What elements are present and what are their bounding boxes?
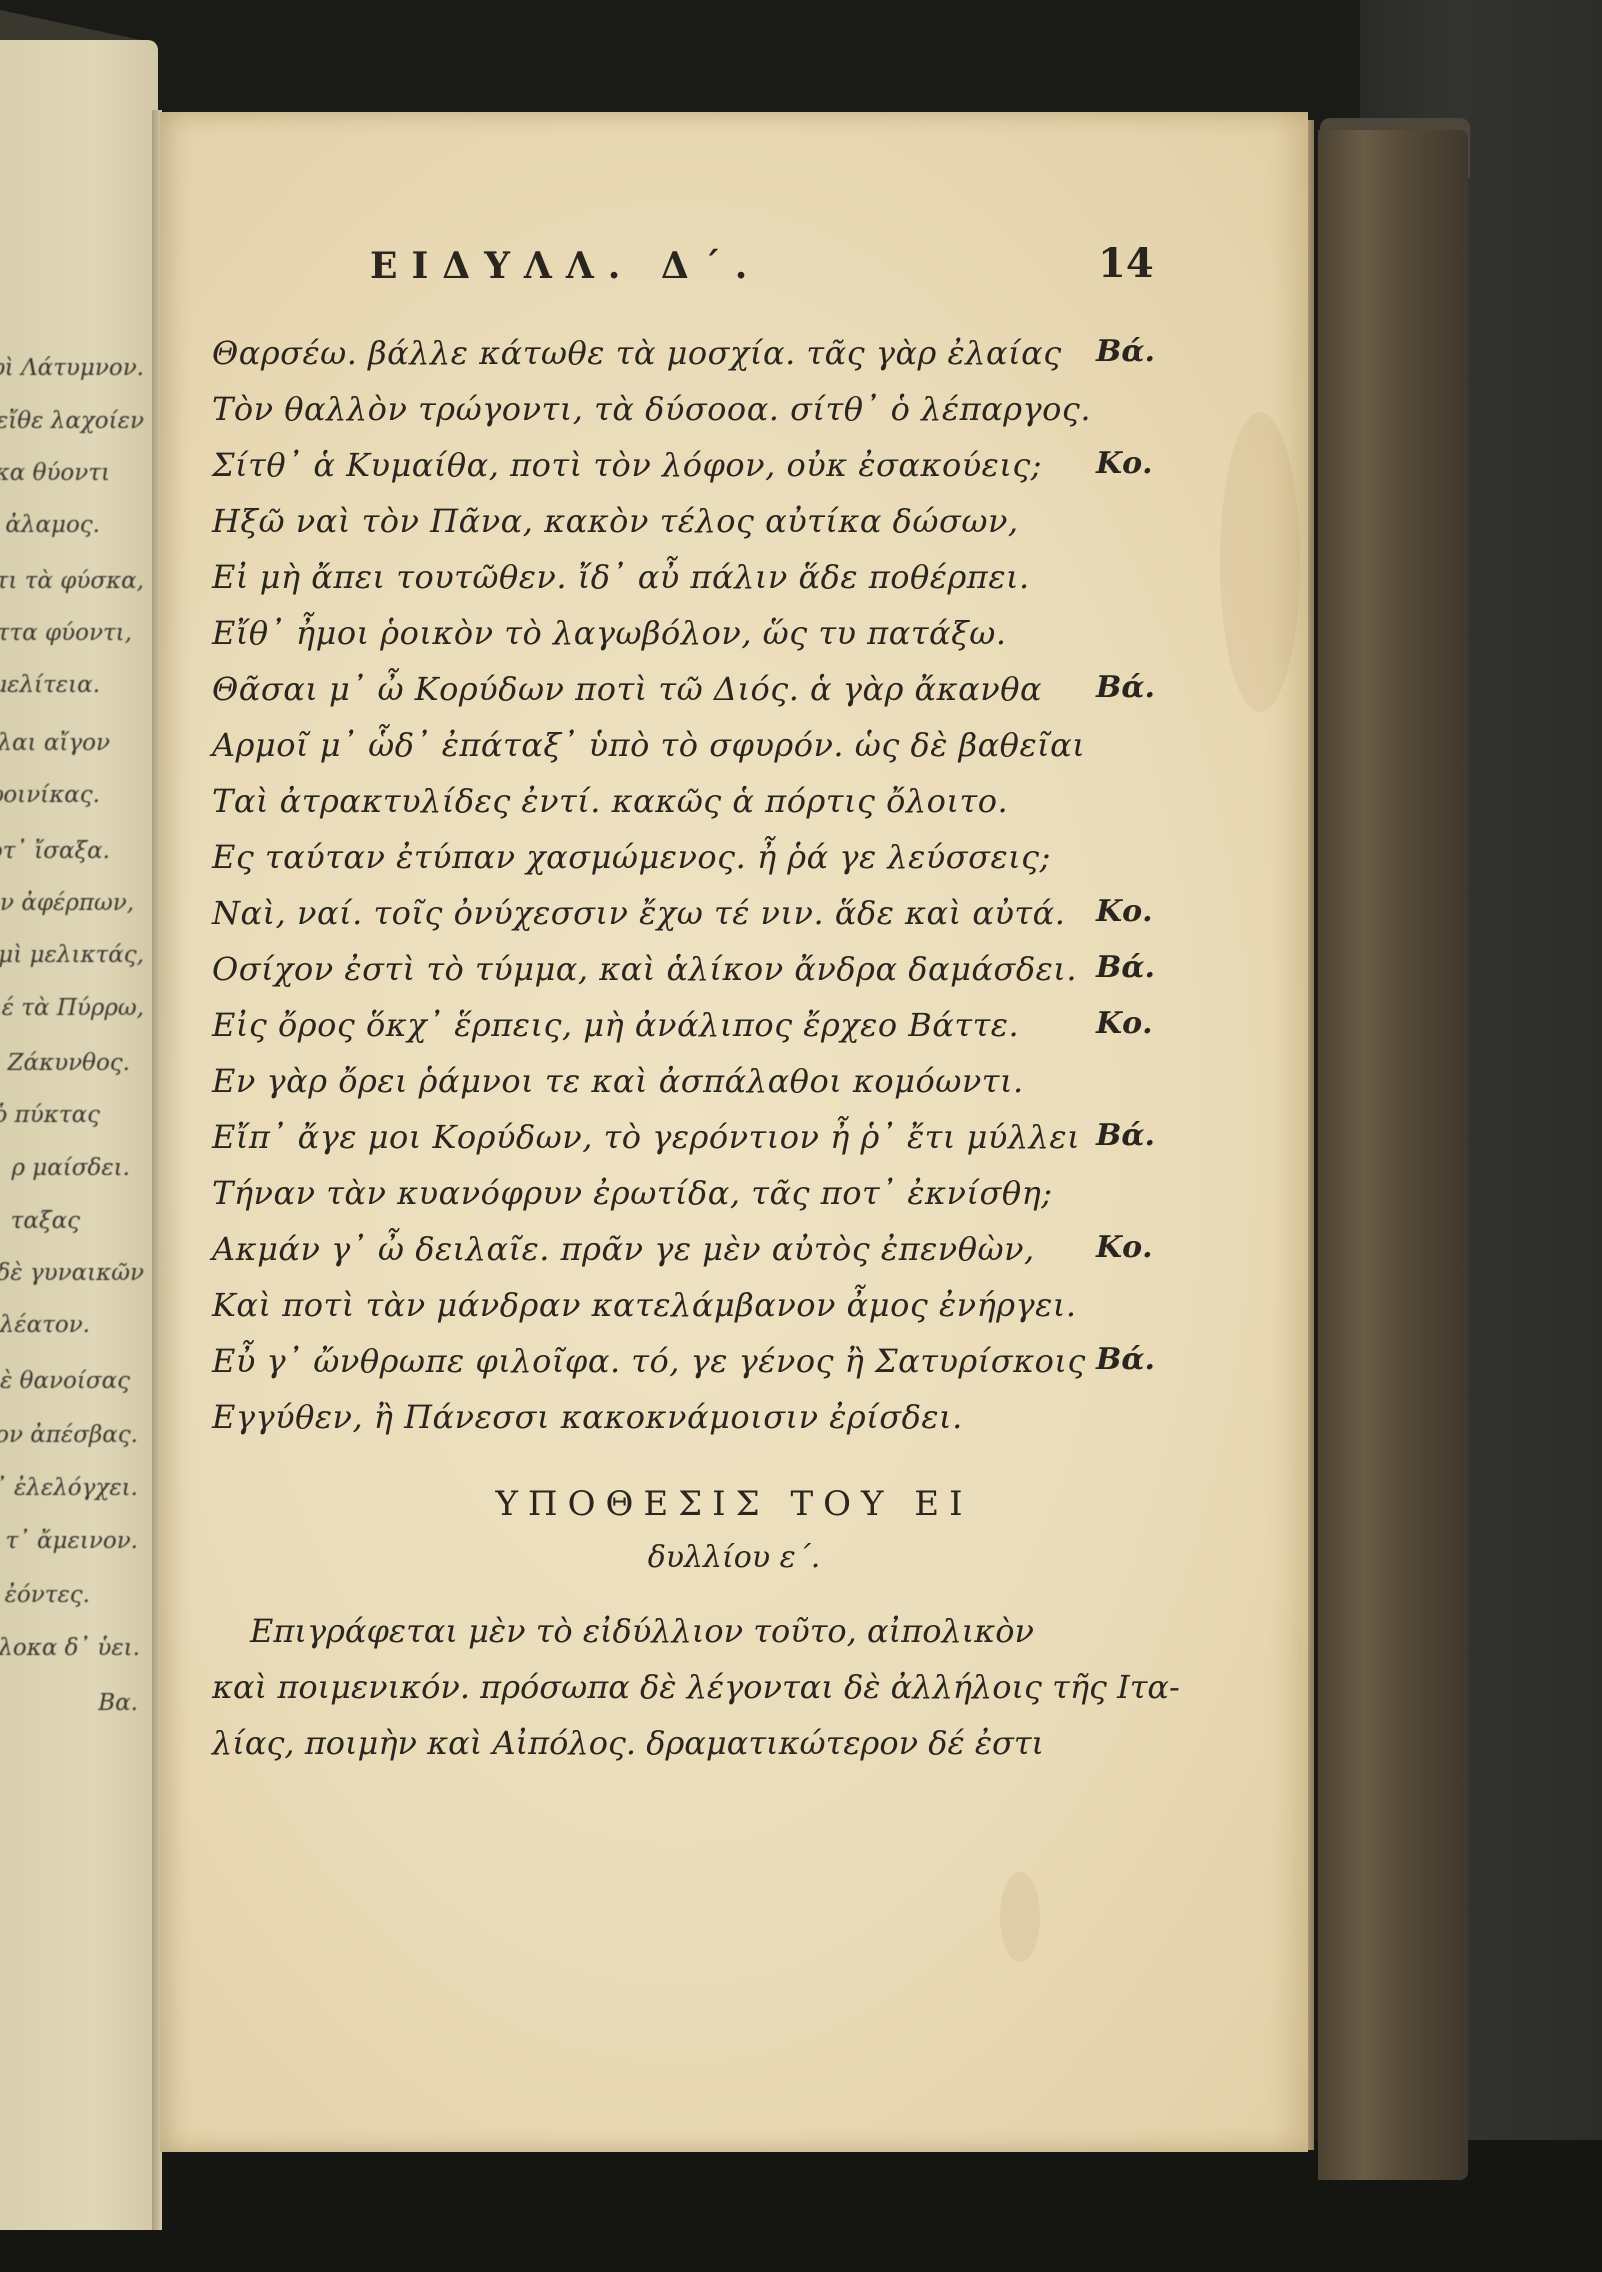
- verse-line: Εἴθ᾽ ἦμοι ῥοικὸν τὸ λαγωβόλον, ὥς τυ πατ…: [212, 614, 1007, 652]
- verse-line: Τὸν θαλλὸν τρώγοντι, τὰ δύσοοα. σίτθ᾽ ὁ …: [212, 390, 1091, 428]
- left-page: ἀμφὶ Λάτυμνον. ὡς εἴθε λαχοίεν κα θύοντι…: [0, 40, 158, 2230]
- speaker-label: Βά.: [1096, 670, 1155, 705]
- verse-line: Εἰ μὴ ἄπει τουτῶθεν. ἴδ᾽ αὖ πάλιν ἅδε πο…: [212, 558, 1030, 596]
- speaker-label: Βά.: [1096, 950, 1155, 985]
- right-page: ΕΙΔΥΛΛ. Δ΄. 14 Θαρσέω. βάλλε κάτωθε τὰ μ…: [160, 112, 1308, 2152]
- left-line: ς εἰμὶ μελικτάς,: [0, 942, 144, 968]
- left-line: ἄττα φύοντι,: [0, 620, 132, 646]
- verse-line: Εν γὰρ ὄρει ῥάμνοι τε καὶ ἀσπάλαθοι κομό…: [212, 1062, 1024, 1100]
- verse-line: Ταὶ ἀτρακτυλίδες ἐντί. κακῶς ἁ πόρτις ὄλ…: [212, 782, 1008, 820]
- left-line: ρ μαίσδει.: [11, 1155, 130, 1181]
- speaker-label: Βά.: [1096, 1342, 1155, 1377]
- verse-line: Ες ταύταν ἐτύπαν χασμώμενος. ἦ ῥά γε λεύ…: [212, 838, 1051, 876]
- book-fore-edge: [1318, 130, 1468, 2180]
- left-line: ποτ᾽ ἴσαξα.: [0, 838, 110, 864]
- prose-line: Επιγράφεται μὲν τὸ εἰδύλλιον τοῦτο, αἰπο…: [250, 1612, 1034, 1650]
- verse-line: Εγγύθεν, ἢ Πάνεσσι κακοκνάμοισιν ἐρίσδει…: [212, 1398, 963, 1436]
- verse-line: Ακμάν γ᾽ ὦ δειλαῖε. πρᾶν γε μὲν αὐτὸς ἐπ…: [212, 1230, 1035, 1268]
- verse-line: Ηξῶ ναὶ τὸν Πᾶνα, κακὸν τέλος αὐτίκα δώσ…: [212, 502, 1019, 540]
- section-heading: ΥΠΟΘΕΣΙΣ ΤΟΥ ΕΙ: [160, 1484, 1308, 1524]
- left-line: ς, ἄλλοκα δ᾽ ὑει.: [0, 1635, 140, 1661]
- prose-line: λίας, ποιμὴν καὶ Αἰπόλος. δραματικώτερον…: [212, 1724, 1044, 1762]
- verse-line: Εἰς ὄρος ὅκχ᾽ ἕρπεις, μὴ ἀνάλιπος ἔρχεο …: [212, 1006, 1019, 1044]
- left-line: κα θύοντι: [0, 460, 110, 486]
- page-content: ΕΙΔΥΛΛ. Δ΄. 14 Θαρσέω. βάλλε κάτωθε τὰ μ…: [160, 112, 1308, 2152]
- left-line: ἀλέατον.: [0, 1312, 90, 1338]
- left-line: ἀμφὶ Λάτυμνον.: [0, 355, 144, 381]
- speaker-label: Κο.: [1096, 446, 1153, 481]
- left-line: α ἁ Ζάκυνθος.: [0, 1050, 130, 1076]
- left-line: λέ τὰ Πύρρω,: [0, 995, 144, 1021]
- left-line: ὐδὲ θανοίσας: [0, 1368, 130, 1394]
- verse-line: Αρμοῖ μ᾽ ὧδ᾽ ἐπάταξ᾽ ὑπὸ τὸ σφυρόν. ὡς δ…: [212, 726, 1085, 764]
- verse-line: Καὶ ποτὶ τὰν μάνδραν κατελάμβανον ἆμος ἐ…: [212, 1286, 1077, 1324]
- speaker-label: Βά.: [1096, 1118, 1155, 1153]
- left-line: ἔασε τ᾽ ἄμεινον.: [0, 1528, 138, 1554]
- left-line: ἐόντες.: [5, 1582, 90, 1608]
- left-line: ς μ᾽ ἐλελόγχει.: [0, 1475, 138, 1501]
- speaker-label: Κο.: [1096, 1006, 1153, 1041]
- speaker-label: Βά.: [1096, 334, 1155, 369]
- left-line: Πῖσαν ἀφέρπων,: [0, 890, 134, 916]
- left-line: φοινίκας.: [0, 782, 100, 808]
- section-heading-continued: δυλλίου ε΄.: [160, 1540, 1308, 1575]
- left-line: ὡς εἴθε λαχοίεν: [0, 408, 144, 434]
- left-line: ταξας: [11, 1208, 80, 1234]
- verse-line: Σίτθ᾽ ἁ Κυμαίθα, ποτὶ τὸν λόφον, οὐκ ἐσα…: [212, 446, 1042, 484]
- left-line: ὦ ἀλαμος.: [0, 512, 100, 538]
- verse-line: Οσίχον ἐστὶ τὸ τύμμα, καὶ ἁλίκον ἄνδρα δ…: [212, 950, 1077, 988]
- left-line: ζασον ἀπέσβας.: [0, 1422, 138, 1448]
- left-line: ὁ πύκτας: [0, 1102, 100, 1128]
- verse-line: Εὖ γ᾽ ὤνθρωπε φιλοῖφα. τό, γε γένος ἢ Σα…: [212, 1342, 1086, 1380]
- verse-line: Ναὶ, ναί. τοῖς ὀνύχεσσιν ἔχω τέ νιν. ἅδε…: [212, 894, 1065, 932]
- left-line: μὶ δὲ γυναικῶν: [0, 1260, 144, 1286]
- prose-line: καὶ ποιμενικόν. πρόσωπα δὲ λέγονται δὲ ἀ…: [212, 1668, 1180, 1706]
- left-line: Βα.: [98, 1690, 138, 1716]
- folio-number: 14: [1098, 240, 1154, 287]
- running-head: ΕΙΔΥΛΛ. Δ΄.: [370, 245, 761, 287]
- left-line: αλλαι αἴγον: [0, 730, 110, 756]
- speaker-label: Κο.: [1096, 894, 1153, 929]
- verse-line: Θαρσέω. βάλλε κάτωθε τὰ μοσχία. τᾶς γὰρ …: [212, 334, 1062, 372]
- left-line: ἐς τι τὰ φύσκα,: [0, 568, 144, 594]
- verse-line: Θᾶσαι μ᾽ ὦ Κορύδων ποτὶ τῶ Διός. ἁ γὰρ ἄ…: [212, 670, 1042, 708]
- speaker-label: Κο.: [1096, 1230, 1153, 1265]
- verse-line: Τήναν τὰν κυανόφρυν ἐρωτίδα, τᾶς ποτ᾽ ἐκ…: [212, 1174, 1053, 1212]
- left-line: μελίτεια.: [0, 672, 100, 698]
- verse-line: Εἴπ᾽ ἄγε μοι Κορύδων, τὸ γερόντιον ἦ ῥ᾽ …: [212, 1118, 1080, 1156]
